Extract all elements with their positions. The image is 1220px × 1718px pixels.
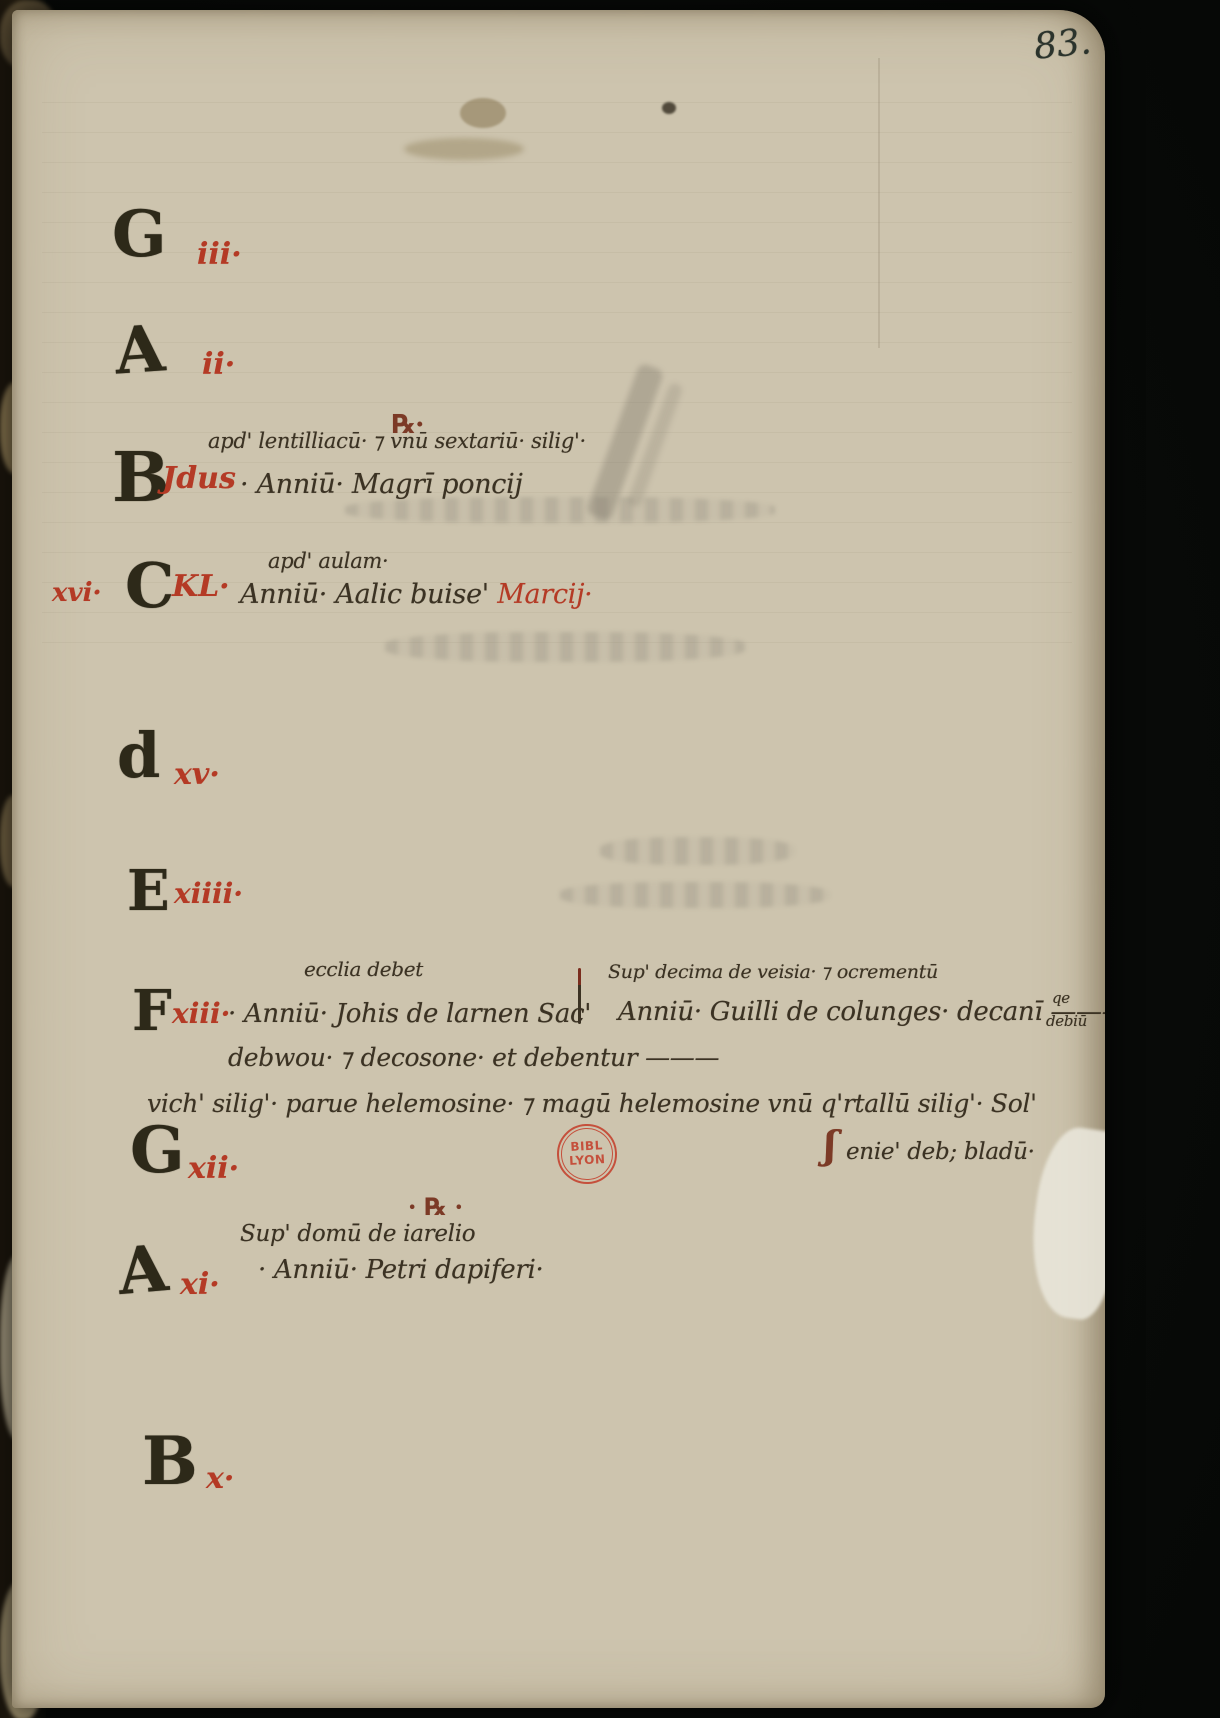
entry-1-initial: G [112,206,167,264]
entry-9-text: · Anniū· Petri dapiferi· [258,1256,543,1285]
bleedthrough-text-smudge [345,497,775,523]
entry-7-text-right: Anniū· Guilli de colunges· decanī ——— [618,998,1105,1027]
entry-4-text: Anniū· Aalic buise' Marcij· [240,580,592,610]
entry-9-initial: A [116,1240,170,1302]
entry-1-day-numeral: iii· [197,240,242,270]
entry-2-day-numeral: ii· [202,350,235,380]
folio-number: 83. [1032,21,1093,68]
entry-7-text-line2: debwou· ⁊ decosone· et debentur ——— [228,1044,719,1072]
library-stamp-text: BIBL LYON [568,1139,606,1168]
paragraph-mark [578,968,581,1024]
entry-8-right-text: enie' deb; bladū· [846,1140,1035,1165]
entry-10-initial: B [142,1432,198,1491]
entry-4-margin-numeral: xvi· [52,580,102,606]
entry-3-initial: B [112,448,169,509]
vertical-rule-line [878,58,880,348]
entry-2-initial: A [113,320,167,381]
entry-4-text-dark: Anniū· Aalic buise' [240,579,489,610]
entry-4-initial: C [125,558,174,614]
library-stamp: BIBL LYON [555,1122,618,1185]
entry-7-interlinear-right: Sup' decima de veisia· ⁊ ocrementū [608,962,938,983]
entry-6-day-numeral: xiiii· [174,880,243,908]
entry-4-text-red: Marcij· [497,579,592,610]
entry-7-text-left: · Anniū· Johis de larnen Sac' [228,1000,591,1029]
entry-7-interlinear-left: ecclia debet [304,958,423,980]
entry-7-margin-note-1: qe [1052,990,1070,1007]
bleedthrough-text-smudge [600,837,795,865]
entry-4-kalendas-label: KL· [172,572,230,602]
entry-7-margin-note-2: debiū [1046,1013,1087,1030]
manuscript-page: 83. G iii· A ii· ℞· apd' lentilliacū· ⁊ … [12,10,1105,1708]
entry-3-interlinear: apd' lentilliacū· ⁊ vnū sextariū· silig'… [208,430,586,453]
entry-10-day-numeral: x· [206,1464,234,1494]
bleedthrough-text-smudge [385,632,745,662]
bleedthrough-text-smudge [560,882,830,908]
entry-4-interlinear: apd' aulam· [268,550,388,573]
entry-5-day-numeral: xv· [174,760,220,790]
manuscript-photo: 83. G iii· A ii· ℞· apd' lentilliacū· ⁊ … [0,0,1220,1718]
entry-6-initial: E [127,866,170,916]
entry-8-right-mark: ʃ [824,1122,837,1167]
entry-8-initial: G [130,1122,185,1180]
entry-5-initial: d [117,728,160,784]
stain-spot [662,102,676,114]
entry-7-initial: F [132,986,172,1036]
stamp-line-2: LYON [569,1153,606,1169]
entry-8-text-line1: vich' silig'· parue helemosine· ⁊ magū h… [147,1090,1037,1118]
entry-3-day-label: Jdus [162,464,236,494]
stain-spot [460,98,506,128]
entry-3-text: · Anniū· Magrī poncij [240,470,523,500]
stamp-line-1: BIBL [568,1139,605,1155]
stain-spot [404,138,524,160]
entry-9-interlinear: Sup' domū de iarelio [240,1222,475,1247]
entry-7-day-numeral: xiii· [172,1000,230,1028]
entry-9-note-mark: · ℞ · [408,1192,463,1221]
entry-9-day-numeral: xi· [180,1270,220,1300]
entry-8-day-numeral: xii· [188,1154,239,1184]
